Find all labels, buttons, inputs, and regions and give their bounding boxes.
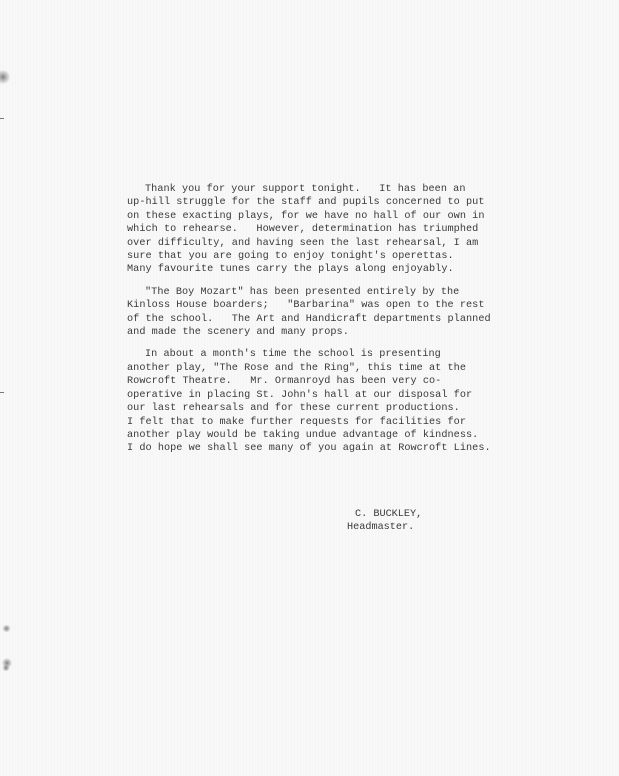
text-line: Rowcroft Theatre. Mr. Ormanroyd has been…: [127, 375, 527, 388]
text-line: and made the scenery and many props.: [127, 326, 527, 339]
text-line: another play would be taking undue advan…: [127, 429, 527, 442]
signature-block: C. BUCKLEY, Headmaster.: [347, 508, 422, 535]
signatory-name: C. BUCKLEY,: [347, 508, 422, 521]
paragraph-productions: "The Boy Mozart" has been presented enti…: [127, 286, 527, 340]
punch-hole-mark: [2, 665, 10, 671]
text-line: Thank you for your support tonight. It h…: [127, 183, 527, 196]
signatory-title: Headmaster.: [347, 521, 422, 534]
punch-hole-mark: [2, 625, 11, 632]
text-line: Kinloss House boarders; "Barbarina" was …: [127, 299, 527, 312]
paragraph-next-play: In about a month's time the school is pr…: [127, 348, 527, 455]
text-line: of the school. The Art and Handicraft de…: [127, 313, 527, 326]
text-line: "The Boy Mozart" has been presented enti…: [127, 286, 527, 299]
text-line: which to rehearse. However, determinatio…: [127, 223, 527, 236]
margin-mark: [0, 118, 4, 119]
text-line: In about a month's time the school is pr…: [127, 348, 527, 361]
text-line: operative in placing St. John's hall at …: [127, 389, 527, 402]
text-line: our last rehearsals and for these curren…: [127, 402, 527, 415]
text-line: over difficulty, and having seen the las…: [127, 237, 527, 250]
text-line: Many favourite tunes carry the plays alo…: [127, 263, 527, 276]
text-line: up-hill struggle for the staff and pupil…: [127, 196, 527, 209]
text-line: on these exacting plays, for we have no …: [127, 210, 527, 223]
text-line: another play, "The Rose and the Ring", t…: [127, 362, 527, 375]
scanned-page: Thank you for your support tonight. It h…: [0, 0, 619, 776]
text-line: I felt that to make further requests for…: [127, 416, 527, 429]
letter-body: Thank you for your support tonight. It h…: [127, 183, 527, 465]
text-line: I do hope we shall see many of you again…: [127, 442, 527, 455]
punch-hole-mark: [0, 70, 10, 84]
margin-mark: [0, 392, 4, 393]
text-line: sure that you are going to enjoy tonight…: [127, 250, 527, 263]
paragraph-thanks: Thank you for your support tonight. It h…: [127, 183, 527, 277]
